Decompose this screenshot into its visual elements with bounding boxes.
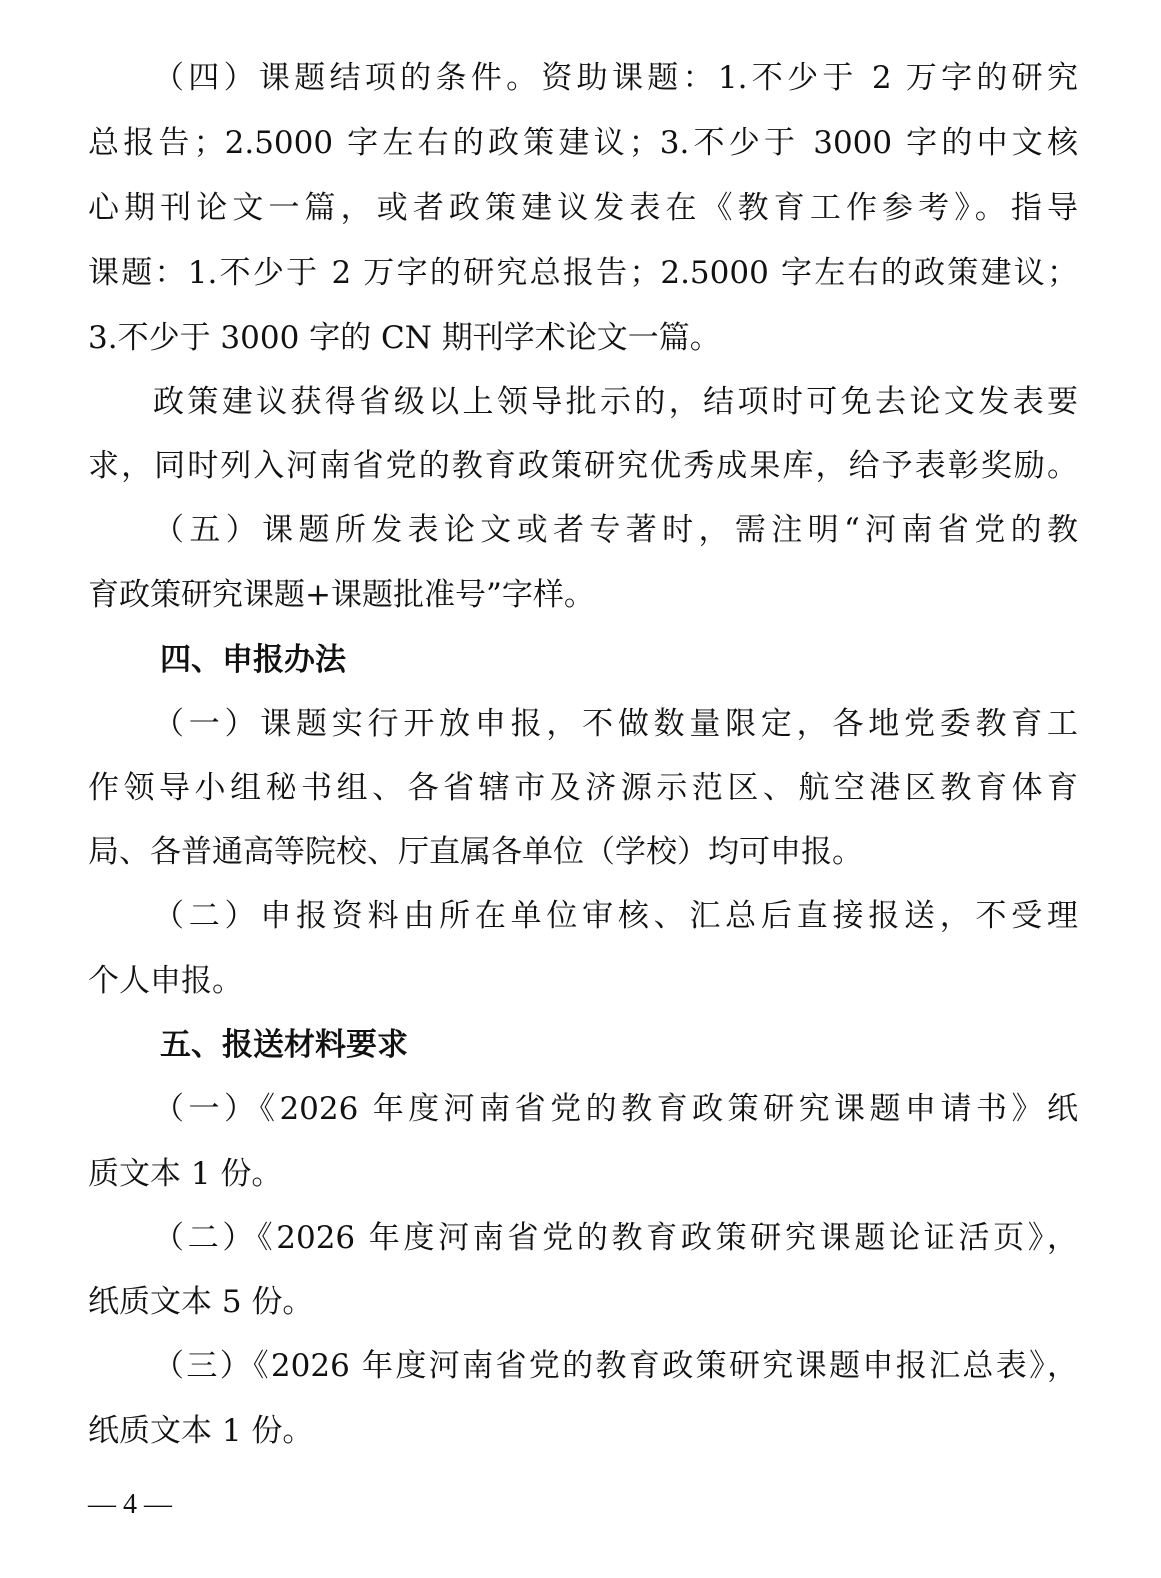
paragraph-line: （二）《2026 年度河南省党的教育政策研究课题论证活页》， xyxy=(153,1218,1078,1258)
paragraph-line: 政策建议获得省级以上领导批示的，结项时可免去论文发表要 xyxy=(153,382,1078,422)
paragraph-line: （三）《2026 年度河南省党的教育政策研究课题申报汇总表》， xyxy=(153,1346,1078,1386)
paragraph-line: 个人申报。 xyxy=(88,961,1078,1001)
paragraph-line: 纸质文本 1 份。 xyxy=(88,1411,1078,1451)
paragraph-line: 质文本 1 份。 xyxy=(88,1154,1078,1194)
section-heading-5: 五、报送材料要求 xyxy=(160,1025,408,1065)
paragraph-line: 总报告；2.5000 字左右的政策建议；3.不少于 3000 字的中文核 xyxy=(88,123,1078,163)
section-heading-4: 四、申报办法 xyxy=(160,640,346,680)
paragraph-line: 心期刊论文一篇，或者政策建议发表在《教育工作参考》。指导 xyxy=(88,188,1078,228)
paragraph-line: 局、各普通高等院校、厅直属各单位（学校）均可申报。 xyxy=(88,832,1078,872)
paragraph-line: 课题：1.不少于 2 万字的研究总报告；2.5000 字左右的政策建议； xyxy=(88,253,1078,293)
paragraph-line: 育政策研究课题+课题批准号”字样。 xyxy=(88,575,1078,615)
paragraph-line: （五）课题所发表论文或者专著时，需注明“河南省党的教 xyxy=(153,510,1078,550)
paragraph-line: （一）课题实行开放申报，不做数量限定，各地党委教育工 xyxy=(153,704,1078,744)
paragraph-line: （一）《2026 年度河南省党的教育政策研究课题申请书》纸 xyxy=(153,1089,1078,1129)
paragraph-line: 求，同时列入河南省党的教育政策研究优秀成果库，给予表彰奖励。 xyxy=(88,446,1078,486)
paragraph-line: （二）申报资料由所在单位审核、汇总后直接报送，不受理 xyxy=(153,896,1078,936)
paragraph-line: 作领导小组秘书组、各省辖市及济源示范区、航空港区教育体育 xyxy=(88,768,1078,808)
paragraph-line: 3.不少于 3000 字的 CN 期刊学术论文一篇。 xyxy=(88,318,1078,358)
paragraph-line: 纸质文本 5 份。 xyxy=(88,1282,1078,1322)
paragraph-line: （四）课题结项的条件。资助课题：1.不少于 2 万字的研究 xyxy=(153,58,1078,98)
page-number: — 4 — xyxy=(88,1485,172,1525)
document-page: （四）课题结项的条件。资助课题：1.不少于 2 万字的研究 总报告；2.5000… xyxy=(0,0,1161,1578)
